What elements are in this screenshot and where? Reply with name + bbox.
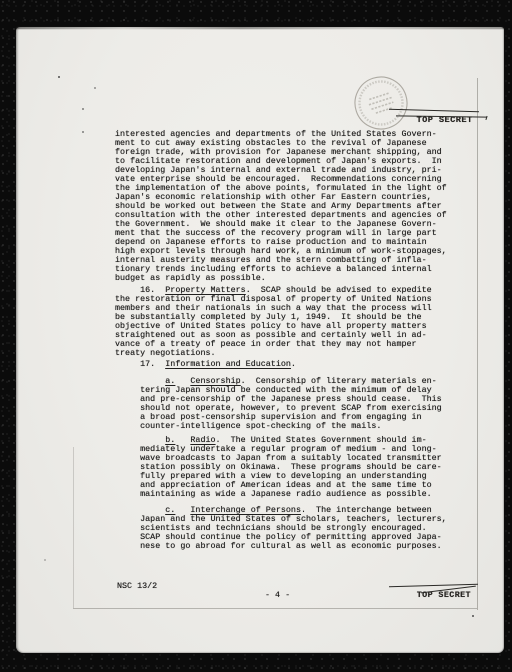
subparagraph-a-censorship: a. Censorship. Censorship of literary ma… (115, 377, 442, 431)
subparagraph-lines: Japan and the United States of scholars,… (115, 514, 447, 551)
subparagraph-c-interchange-of-persons: c. Interchange of Persons. The interchan… (115, 506, 447, 551)
ink-speck (58, 76, 60, 78)
ink-speck (472, 615, 474, 617)
paragraph-lines: interested agencies and departments of t… (115, 129, 447, 283)
classification-marking-bottom: TOP SECRET (395, 580, 471, 630)
ink-speck (82, 131, 84, 133)
page-number: - 4 - (265, 591, 290, 600)
subparagraph-lines: tering Japan should be conducted with th… (115, 385, 442, 431)
subparagraph-lines: mediately undertake a regular program of… (115, 444, 442, 499)
paragraph-number: 17. (115, 359, 165, 369)
paragraph-heading: Information and Education (165, 359, 291, 369)
photostat-edge-right (477, 78, 478, 610)
underline-tail (486, 116, 488, 120)
document-page: TOP SECRET interested agencies and depar… (16, 27, 504, 653)
paragraph-first-line: . (291, 359, 296, 369)
page-number-text: - 4 - (265, 590, 290, 600)
paragraph-lines: the restoration or final disposal of pro… (115, 294, 432, 358)
strikethrough-line (389, 109, 479, 113)
ink-speck (44, 559, 46, 561)
doc-id-text: NSC 13/2 (117, 581, 157, 591)
subparagraph-b-radio: b. Radio. The United States Government s… (115, 436, 442, 499)
ink-speck (94, 87, 96, 89)
paragraph-16-property-matters: 16. Property Matters. SCAP should be adv… (115, 286, 432, 358)
page-torn-edge (16, 27, 504, 29)
microfilm-frame: { "classification": { "top_marking": "TO… (0, 0, 512, 672)
photostat-edge-left (73, 447, 74, 608)
footer-doc-id: NSC 13/2 (117, 582, 157, 591)
paragraph-15-continuation: interested agencies and departments of t… (115, 130, 447, 283)
ink-speck (82, 108, 84, 110)
paragraph-17-information-education: 17. Information and Education. (115, 360, 296, 369)
